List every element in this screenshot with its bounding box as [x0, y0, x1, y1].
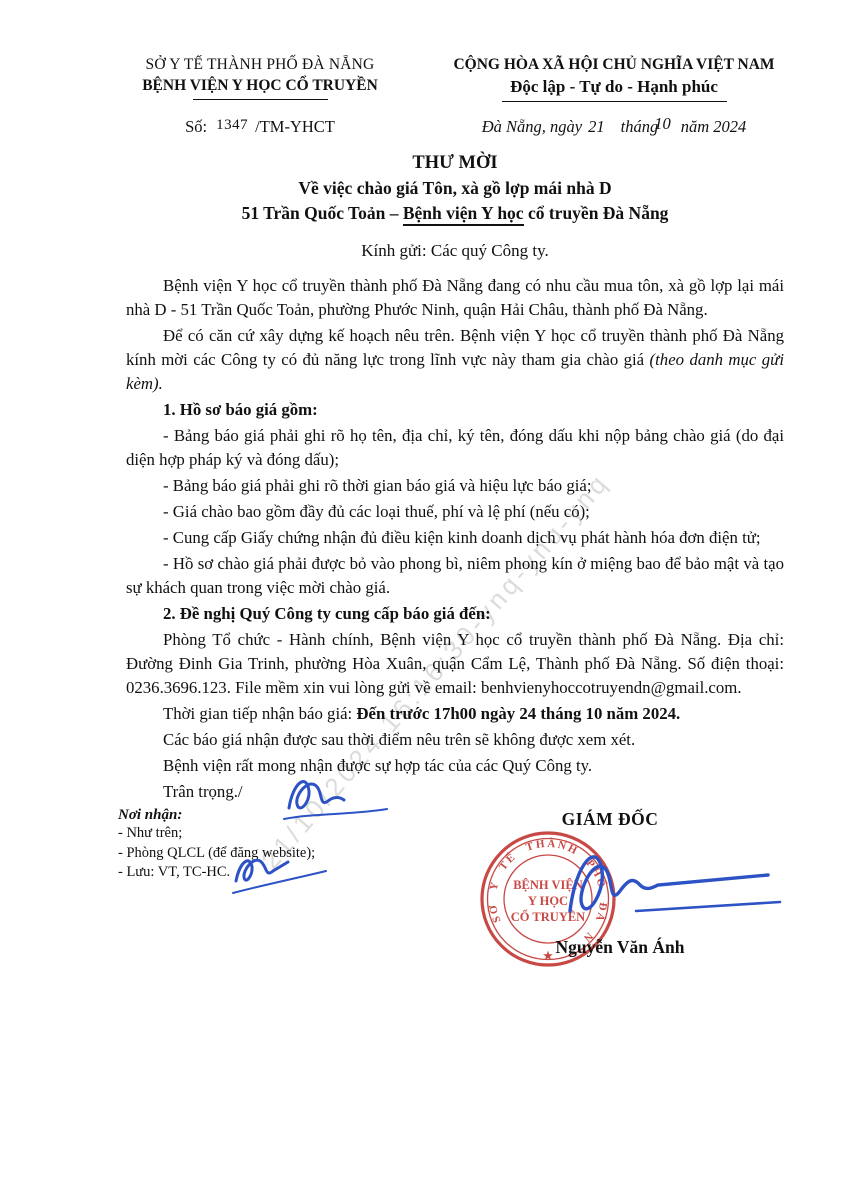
- initial-signature-closing: [244, 768, 393, 837]
- deadline-label: Thời gian tiếp nhận báo giá:: [163, 704, 356, 723]
- date-month: 10: [654, 114, 671, 133]
- date-year: năm 2024: [681, 117, 747, 136]
- right-header-rule: [502, 101, 727, 102]
- closing-line: Trân trọng./: [126, 780, 784, 804]
- document-title: THƯ MỜI: [126, 150, 784, 176]
- country-title: CỘNG HÒA XÃ HỘI CHỦ NGHĨA VIỆT NAM: [428, 56, 800, 74]
- footer: Nơi nhận: - Như trên; - Phòng QLCL (để đ…: [0, 807, 849, 1112]
- subject-line-2: 51 Trần Quốc Toản – Bệnh viện Y học cổ t…: [126, 201, 784, 226]
- initial-signature-archive-strokes: [228, 847, 332, 899]
- doc-number-value: 1347: [216, 117, 248, 133]
- paragraph-deadline: Thời gian tiếp nhận báo giá: Đến trước 1…: [126, 702, 784, 726]
- section-1-item: - Giá chào bao gồm đầy đủ các loại thuế,…: [126, 500, 784, 524]
- national-motto-block: CỘNG HÒA XÃ HỘI CHỦ NGHĨA VIỆT NAM Độc l…: [428, 56, 800, 102]
- paragraph-cooperation: Bệnh viện rất mong nhận được sự hợp tác …: [126, 754, 784, 778]
- document-page: 21/10/2024 16:16:30-ynq-ynq-ynq SỞ Y TẾ …: [0, 0, 849, 1200]
- subject-line-2-suffix: cổ truyền Đà Nẵng: [524, 203, 669, 223]
- section-1-heading: 1. Hồ sơ báo giá gồm:: [126, 398, 784, 422]
- paragraph-intro: Bệnh viện Y học cổ truyền thành phố Đà N…: [126, 274, 784, 322]
- section-1-item: - Bảng báo giá phải ghi rõ thời gian báo…: [126, 474, 784, 498]
- section-1-item: - Bảng báo giá phải ghi rõ họ tên, địa c…: [126, 424, 784, 472]
- initial-signature-archive: [228, 847, 332, 904]
- title-block: THƯ MỜI Về việc chào giá Tôn, xà gồ lợp …: [126, 150, 784, 226]
- paragraph-purpose: Để có căn cứ xây dựng kế hoạch nêu trên.…: [126, 324, 784, 396]
- closing-text: Trân trọng./: [163, 782, 243, 801]
- doc-number-label: Số:: [185, 117, 207, 136]
- initial-signature-closing-strokes: [281, 768, 393, 830]
- section-1-item: - Hồ sơ chào giá phải được bỏ vào phong …: [126, 552, 784, 600]
- deadline-value: Đến trước 17h00 ngày 24 tháng 10 năm 202…: [356, 704, 680, 723]
- director-signature-strokes: [540, 833, 800, 943]
- doc-number-suffix: /TM-YHCT: [255, 117, 335, 136]
- hospital-name: BỆNH VIỆN Y HỌC CỔ TRUYỀN: [110, 77, 410, 95]
- date-line: Đà Nẵng, ngày21tháng10năm 2024: [428, 117, 800, 137]
- section-2-heading: 2. Đề nghị Quý Công ty cung cấp báo giá …: [126, 602, 784, 626]
- document-number: Số:1347/TM-YHCT: [110, 117, 410, 137]
- number-date-row: Số:1347/TM-YHCT Đà Nẵng, ngày21tháng10nă…: [0, 117, 849, 137]
- issuing-agency-block: SỞ Y TẾ THÀNH PHỐ ĐÀ NẴNG BỆNH VIỆN Y HỌ…: [110, 56, 410, 102]
- signer-title: GIÁM ĐỐC: [460, 809, 760, 830]
- letter-body: Bệnh viện Y học cổ truyền thành phố Đà N…: [126, 274, 784, 804]
- section-1-item: - Cung cấp Giấy chứng nhận đủ điều kiện …: [126, 526, 784, 550]
- subject-line-1: Về việc chào giá Tôn, xà gồ lợp mái nhà …: [126, 176, 784, 201]
- subject-line-2-underlined: Bệnh viện Y học: [403, 203, 524, 226]
- parent-agency-name: SỞ Y TẾ THÀNH PHỐ ĐÀ NẴNG: [110, 56, 410, 74]
- paragraph-contact: Phòng Tổ chức - Hành chính, Bệnh viện Y …: [126, 628, 784, 700]
- letterhead: SỞ Y TẾ THÀNH PHỐ ĐÀ NẴNG BỆNH VIỆN Y HỌ…: [0, 0, 849, 102]
- salutation: Kính gửi: Các quý Công ty.: [126, 239, 784, 263]
- paragraph-late-notice: Các báo giá nhận được sau thời điểm nêu …: [126, 728, 784, 752]
- date-month-word: tháng: [621, 117, 659, 136]
- national-motto: Độc lập - Tự do - Hạnh phúc: [428, 77, 800, 97]
- left-header-rule: [193, 99, 328, 100]
- date-day: 21: [588, 117, 605, 136]
- director-signature: [540, 833, 800, 948]
- date-place: Đà Nẵng, ngày: [482, 117, 582, 136]
- subject-line-2-prefix: 51 Trần Quốc Toản –: [242, 203, 403, 223]
